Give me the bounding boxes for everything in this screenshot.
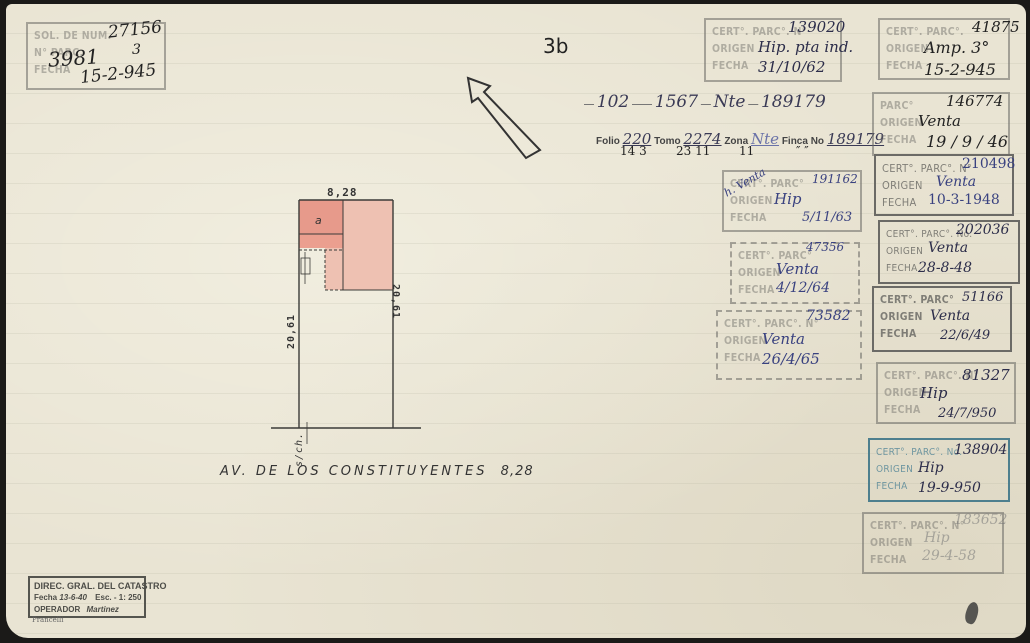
folio-sub: 14 3 <box>620 144 647 158</box>
stamp-value: 81327 <box>962 366 1010 384</box>
corner-note: s/ch. <box>294 432 305 467</box>
street-label-row: AV. DE LOS CONSTITUYENTES 8,28 <box>220 464 534 479</box>
cadastral-sheet: SOL. DE NUM. N° PARC. FECHA 27156 3981 3… <box>6 4 1026 638</box>
printer-mark: Prancelli <box>32 616 64 624</box>
left-dimension: 20,61 <box>286 314 297 349</box>
stamp-value: 3 <box>132 42 141 58</box>
catastro-footer-stamp: DIREC. GRAL. DEL CATASTRO Fecha 13-6-40 … <box>28 576 146 618</box>
stamp-value: Venta <box>936 174 976 190</box>
stamp-value: Hip <box>920 384 947 402</box>
stamp-value: 139020 <box>788 18 845 36</box>
stamp-value: 202036 <box>956 222 1009 238</box>
stamp-value: Venta <box>776 260 819 278</box>
stamp-value: Venta <box>930 308 970 324</box>
stamp-value: 24/7/950 <box>938 406 996 421</box>
stamp-value: Hip. pta ind. <box>758 38 853 56</box>
room-label: a <box>315 214 323 227</box>
stamp-value: 5/11/63 <box>802 210 852 225</box>
stamp-value: 29-4-58 <box>922 548 976 564</box>
stamp-value: 19 / 9 / 46 <box>926 132 1008 151</box>
sheet-number: 3b <box>543 34 568 58</box>
stamp-value: 210498 <box>962 156 1015 172</box>
top-dimension: 8,28 <box>327 186 358 199</box>
stamp-value: 138904 <box>954 442 1007 458</box>
stamp-value: 73582 <box>806 308 851 324</box>
stamp-value: Amp. 3° <box>924 38 989 57</box>
stamp-value: Hip <box>918 460 944 476</box>
stamp-value: Hip <box>924 530 950 546</box>
north-arrow-icon <box>464 72 554 162</box>
stamp-value: 22/6/49 <box>940 328 990 343</box>
street-name: AV. DE LOS CONSTITUYENTES <box>220 464 488 479</box>
stamp-value: 31/10/62 <box>758 58 825 76</box>
stamp-value: 146774 <box>946 92 1003 110</box>
ink-smudge <box>963 601 982 626</box>
registry-line-1: — 102 —— 1567 — Nte — 189179 <box>584 92 826 112</box>
stamp-value: 51166 <box>962 290 1003 305</box>
finca-sub: ″ ″ <box>796 144 809 158</box>
zona-sub: 11 <box>739 144 754 158</box>
stamp-value: 191162 <box>812 172 858 186</box>
catastro-operator-row: OPERADOR Martinez <box>34 604 140 616</box>
stamp-value: 19-9-950 <box>918 480 981 496</box>
stamp-value: 4/12/64 <box>776 280 830 296</box>
stamp-value: Hip <box>774 190 801 208</box>
stamp-value: 15-2-945 <box>924 60 996 79</box>
stamp-value: 26/4/65 <box>762 350 820 368</box>
stamp-value: Venta <box>762 330 805 348</box>
right-dimension: 20,61 <box>390 284 401 319</box>
catastro-date-row: Fecha 13-6-40 Esc. - 1: 250 <box>34 592 140 604</box>
stamp-value: Venta <box>928 240 968 256</box>
stamp-value: 47356 <box>806 240 844 254</box>
catastro-title: DIREC. GRAL. DEL CATASTRO <box>34 580 140 592</box>
street-frontage: 8,28 <box>501 464 534 479</box>
tomo-sub: 23 11 <box>676 144 710 158</box>
stamp-value: 10-3-1948 <box>928 192 1000 208</box>
stamp-value: Venta <box>918 112 961 130</box>
stamp-value: 183652 <box>954 512 1007 528</box>
stamp-value: 41875 <box>972 18 1020 36</box>
stamp-value: 28-8-48 <box>918 260 972 276</box>
